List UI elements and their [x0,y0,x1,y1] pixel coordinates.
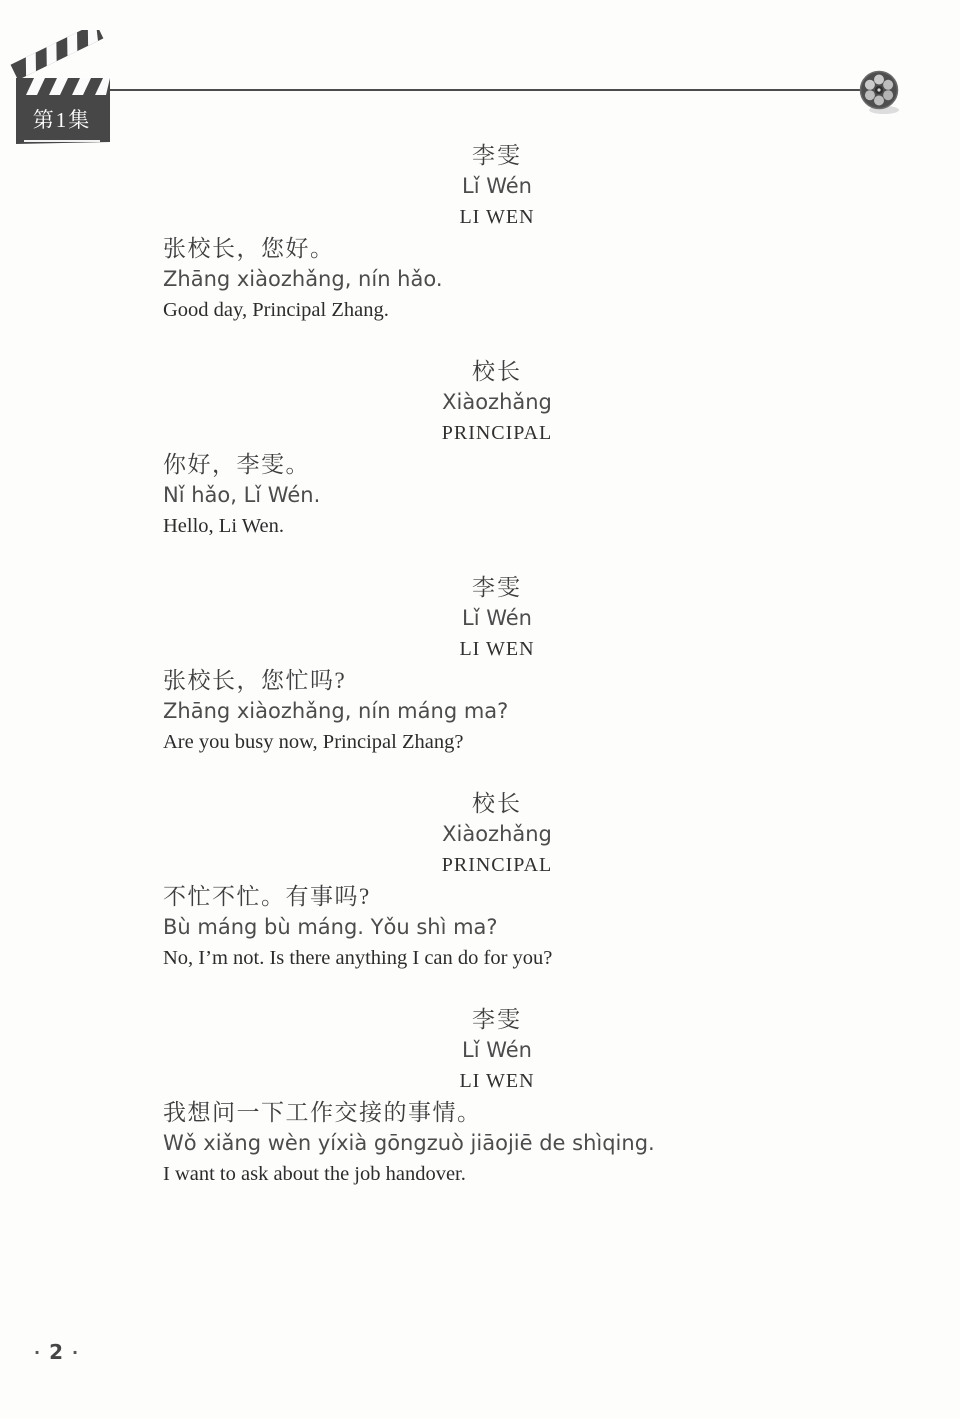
speaker-name-english: LI WEN [163,634,831,665]
speaker-name-hanzi: 校长 [163,356,831,387]
speaker-name-pinyin: Lǐ Wén [163,1035,831,1066]
dialogue-script: 李雯 Lǐ Wén LI WEN 张校长，您好。 Zhāng xiàozhǎng… [163,140,831,1220]
dialogue-line-english: I want to ask about the job handover. [163,1159,831,1190]
dialogue-line-hanzi: 张校长，您忙吗? [163,665,831,696]
speaker-name-pinyin: Xiàozhǎng [163,387,831,418]
dialogue-line-hanzi: 不忙不忙。有事吗? [163,881,831,912]
page-number-dot-left: · [34,1343,40,1362]
dialogue-line-english: Hello, Li Wen. [163,511,831,542]
dialogue-block: 李雯 Lǐ Wén LI WEN 张校长，您忙吗? Zhāng xiàozhǎn… [163,572,831,758]
dialogue-block: 校长 Xiàozhǎng PRINCIPAL 不忙不忙。有事吗? Bù máng… [163,788,831,974]
clapperboard-icon: 第1集 [4,30,122,150]
dialogue-block: 校长 Xiàozhǎng PRINCIPAL 你好，李雯。 Nǐ hǎo, Lǐ… [163,356,831,542]
speaker-name-hanzi: 李雯 [163,572,831,603]
page-number: 2 [49,1340,63,1364]
speaker-name-pinyin: Lǐ Wén [163,603,831,634]
dialogue-line-english: No, I’m not. Is there anything I can do … [163,943,831,974]
dialogue-line-hanzi: 张校长，您好。 [163,233,831,264]
speaker-name-english: PRINCIPAL [163,850,831,881]
speaker-name-pinyin: Lǐ Wén [163,171,831,202]
film-reel-icon [857,68,909,118]
speaker-name-english: PRINCIPAL [163,418,831,449]
dialogue-line-pinyin: Bù máng bù máng. Yǒu shì ma? [163,912,831,943]
dialogue-line-pinyin: Wǒ xiǎng wèn yíxià gōngzuò jiāojiē de sh… [163,1128,831,1159]
dialogue-block: 李雯 Lǐ Wén LI WEN 张校长，您好。 Zhāng xiàozhǎng… [163,140,831,326]
page-footer: · 2 · [34,1340,78,1364]
speaker-name-pinyin: Xiàozhǎng [163,819,831,850]
dialogue-line-pinyin: Zhāng xiàozhǎng, nín máng ma? [163,696,831,727]
dialogue-line-english: Are you busy now, Principal Zhang? [163,727,831,758]
dialogue-line-pinyin: Nǐ hǎo, Lǐ Wén. [163,480,831,511]
episode-badge: 第1集 [24,104,100,142]
speaker-name-english: LI WEN [163,202,831,233]
speaker-name-hanzi: 李雯 [163,140,831,171]
dialogue-line-pinyin: Zhāng xiàozhǎng, nín hǎo. [163,264,831,295]
speaker-name-hanzi: 校长 [163,788,831,819]
dialogue-line-english: Good day, Principal Zhang. [163,295,831,326]
dialogue-block: 李雯 Lǐ Wén LI WEN 我想问一下工作交接的事情。 Wǒ xiǎng … [163,1004,831,1190]
page-number-dot-right: · [72,1343,78,1362]
header-rule-line [103,89,873,91]
speaker-name-english: LI WEN [163,1066,831,1097]
dialogue-line-hanzi: 你好，李雯。 [163,449,831,480]
speaker-name-hanzi: 李雯 [163,1004,831,1035]
scanned-textbook-page: 第1集 李雯 Lǐ Wén LI WEN 张校长，您好。 Zhāng xiàoz… [0,0,960,1419]
dialogue-line-hanzi: 我想问一下工作交接的事情。 [163,1097,831,1128]
